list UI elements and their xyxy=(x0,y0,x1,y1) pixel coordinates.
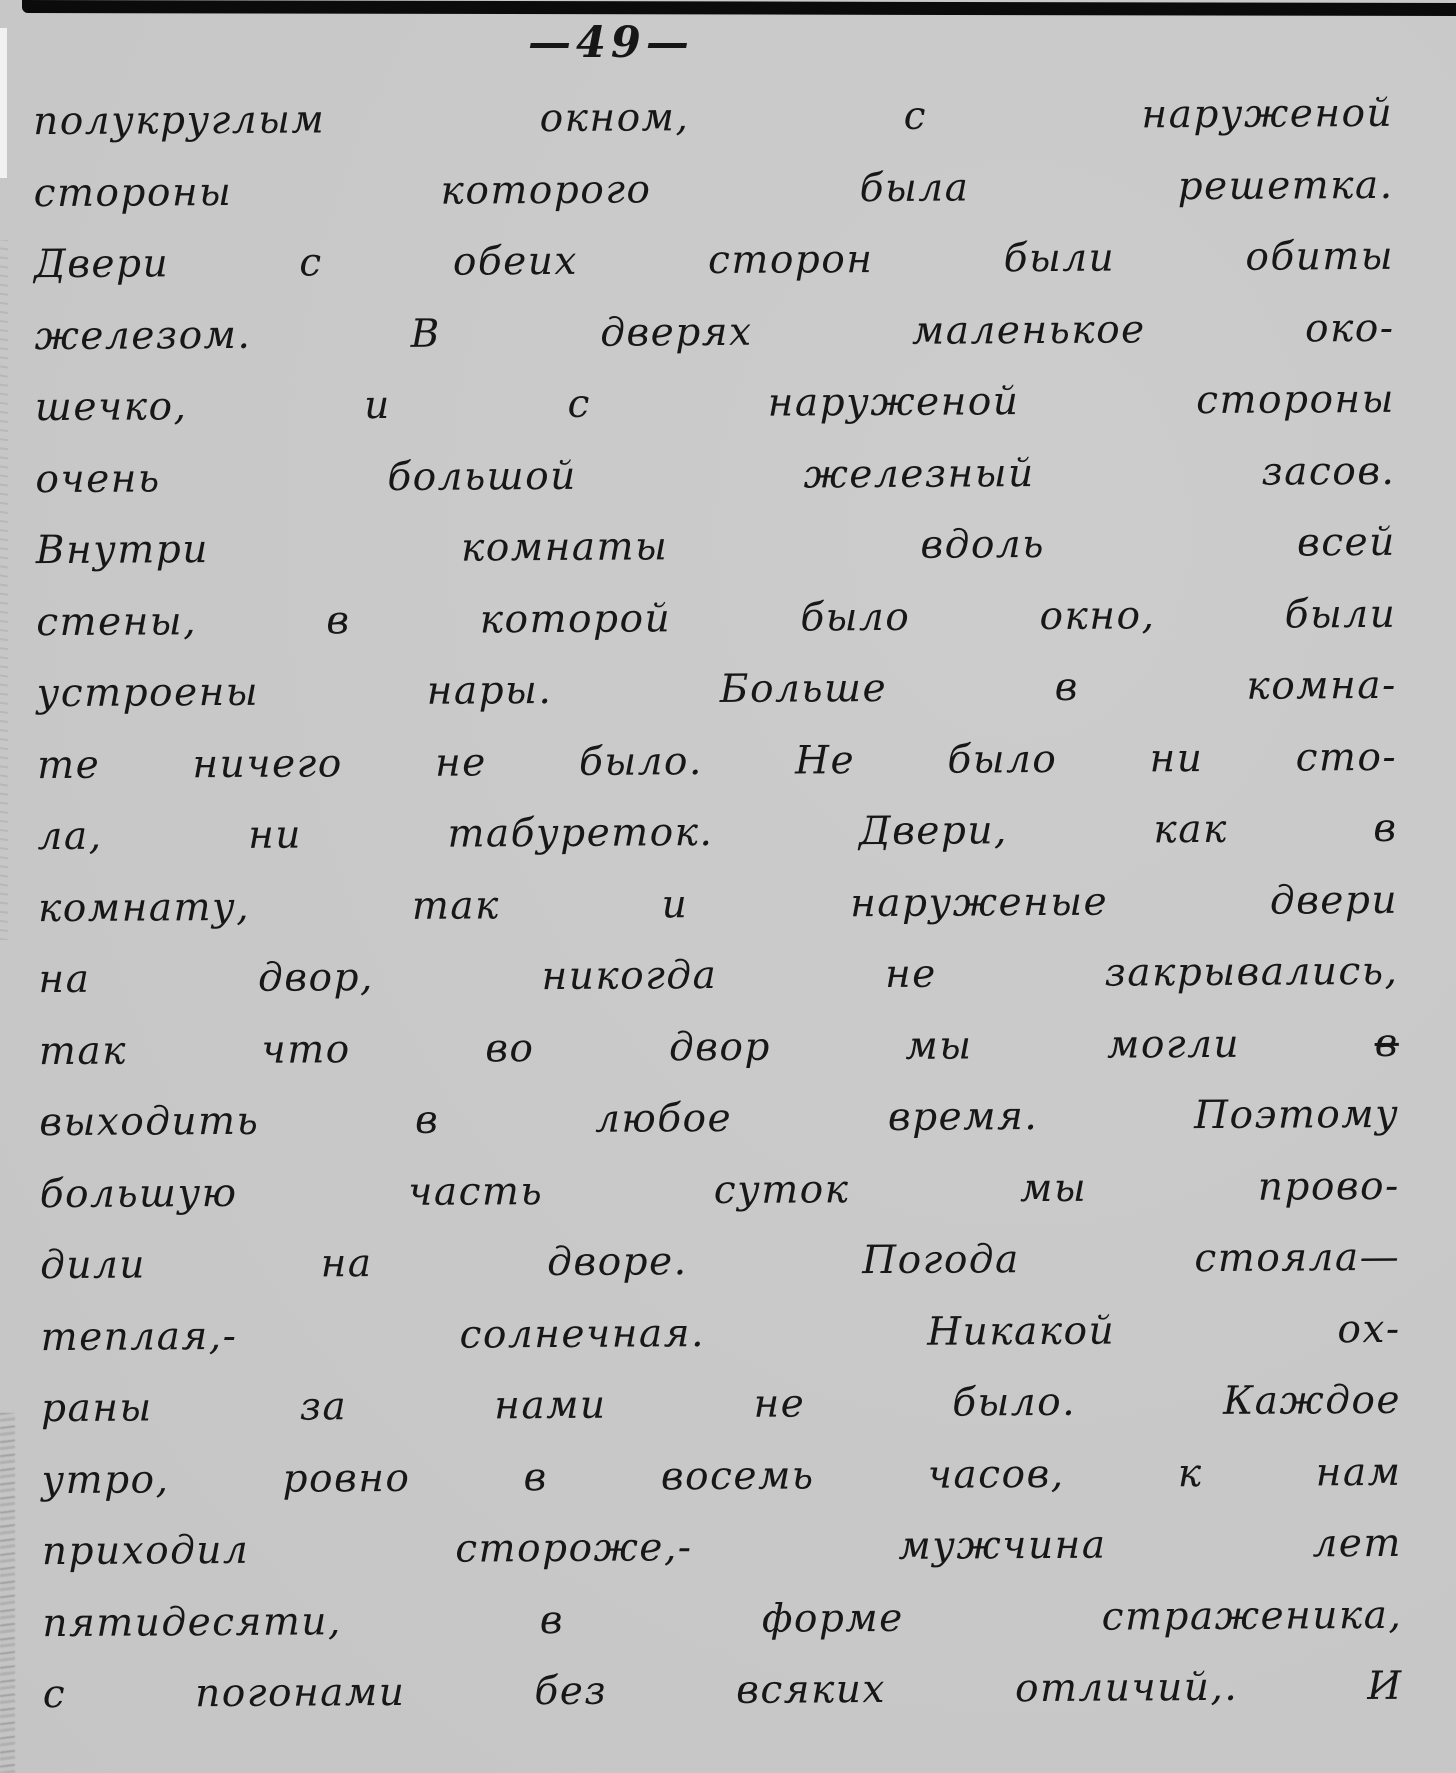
struck-word: в xyxy=(1375,1020,1399,1065)
manuscript-line: большую часть суток мы прово- xyxy=(40,1150,1400,1230)
manuscript-line: утро, ровно в восемь часов, к нам xyxy=(41,1436,1401,1516)
line-text: раны за нами не было. Каждое xyxy=(41,1378,1401,1431)
page-number: —49— xyxy=(528,18,694,68)
manuscript-line: полукруглым окном, с наруженой xyxy=(33,78,1393,158)
scan-edge-left-noise-upper xyxy=(0,240,8,940)
manuscript-line: приходил стороже,- мужчина лет xyxy=(42,1508,1402,1588)
line-text: на двор, никогда не закрывались, xyxy=(38,949,1398,1002)
line-text: дили на дворе. Погода стояла— xyxy=(40,1235,1400,1288)
line-text: ла, ни табуреток. Двери, как в xyxy=(37,806,1397,859)
line-text: шечко, и с наруженой стороны xyxy=(35,377,1395,430)
page-header: —49— xyxy=(0,18,1456,68)
line-text: устроены нары. Больше в комна- xyxy=(37,663,1397,716)
scan-edge-top xyxy=(22,0,1456,16)
line-text: те ничего не было. Не было ни сто- xyxy=(37,734,1397,787)
manuscript-line: выходить в любое время. Поэтому xyxy=(39,1079,1399,1159)
manuscript-line: дили на дворе. Погода стояла— xyxy=(40,1222,1400,1302)
line-text: Внутри комнаты вдоль всей xyxy=(36,520,1396,573)
manuscript-page: —49— полукруглым окном, с наруженой стор… xyxy=(0,0,1456,1773)
line-text: выходить в любое время. Поэтому xyxy=(39,1092,1399,1145)
line-text: утро, ровно в восемь часов, к нам xyxy=(41,1449,1401,1502)
line-text: теплая,- солнечная. Никакой ох- xyxy=(40,1306,1400,1359)
scan-edge-left-noise xyxy=(0,1413,15,1773)
line-text: комнату, так и наруженые двери xyxy=(38,877,1398,930)
line-text: с погонами без всяких отличий,. И xyxy=(43,1664,1403,1717)
manuscript-line: стороны которого была решетка. xyxy=(33,149,1393,229)
line-text: стены, в которой было окно, были xyxy=(36,591,1396,644)
manuscript-line: Двери с обеих сторон были обиты xyxy=(34,221,1394,301)
manuscript-line: шечко, и с наруженой стороны xyxy=(35,364,1395,444)
line-text: пятидесяти, в форме страженика, xyxy=(42,1592,1402,1645)
manuscript-line: устроены нары. Больше в комна- xyxy=(36,650,1396,730)
manuscript-line: те ничего не было. Не было ни сто- xyxy=(37,721,1397,801)
line-text: Двери с обеих сторон были обиты xyxy=(34,234,1394,287)
manuscript-line: пятидесяти, в форме страженика, xyxy=(42,1579,1402,1659)
manuscript-line: раны за нами не было. Каждое xyxy=(41,1365,1401,1445)
manuscript-line: очень большой железный засов. xyxy=(35,435,1395,515)
manuscript-line: теплая,- солнечная. Никакой ох- xyxy=(40,1293,1400,1373)
line-text: железом. В дверях маленькое око- xyxy=(34,305,1394,358)
manuscript-line: ла, ни табуреток. Двери, как в xyxy=(37,793,1397,873)
line-text: большую часть суток мы прово- xyxy=(40,1163,1400,1216)
line-text: так что во двор мы могли xyxy=(39,1021,1240,1073)
line-text: полукруглым окном, с наруженой xyxy=(33,91,1393,144)
manuscript-line: стены, в которой было окно, были xyxy=(36,578,1396,658)
manuscript-line: с погонами без всяких отличий,. И xyxy=(43,1651,1403,1731)
line-text: приходил стороже,- мужчина лет xyxy=(42,1521,1402,1574)
line-text: очень большой железный засов. xyxy=(35,448,1395,501)
manuscript-line: на двор, никогда не закрывались, xyxy=(38,936,1398,1016)
manuscript-line: железом. В дверях маленькое око- xyxy=(34,292,1394,372)
manuscript-line: комнату, так и наруженые двери xyxy=(38,864,1398,944)
line-text: стороны которого была решетка. xyxy=(34,162,1394,215)
manuscript-text: полукруглым окном, с наруженой стороны к… xyxy=(33,78,1403,1731)
manuscript-line: так что во двор мы могли в xyxy=(39,1007,1399,1087)
manuscript-line: Внутри комнаты вдоль всей xyxy=(36,507,1396,587)
